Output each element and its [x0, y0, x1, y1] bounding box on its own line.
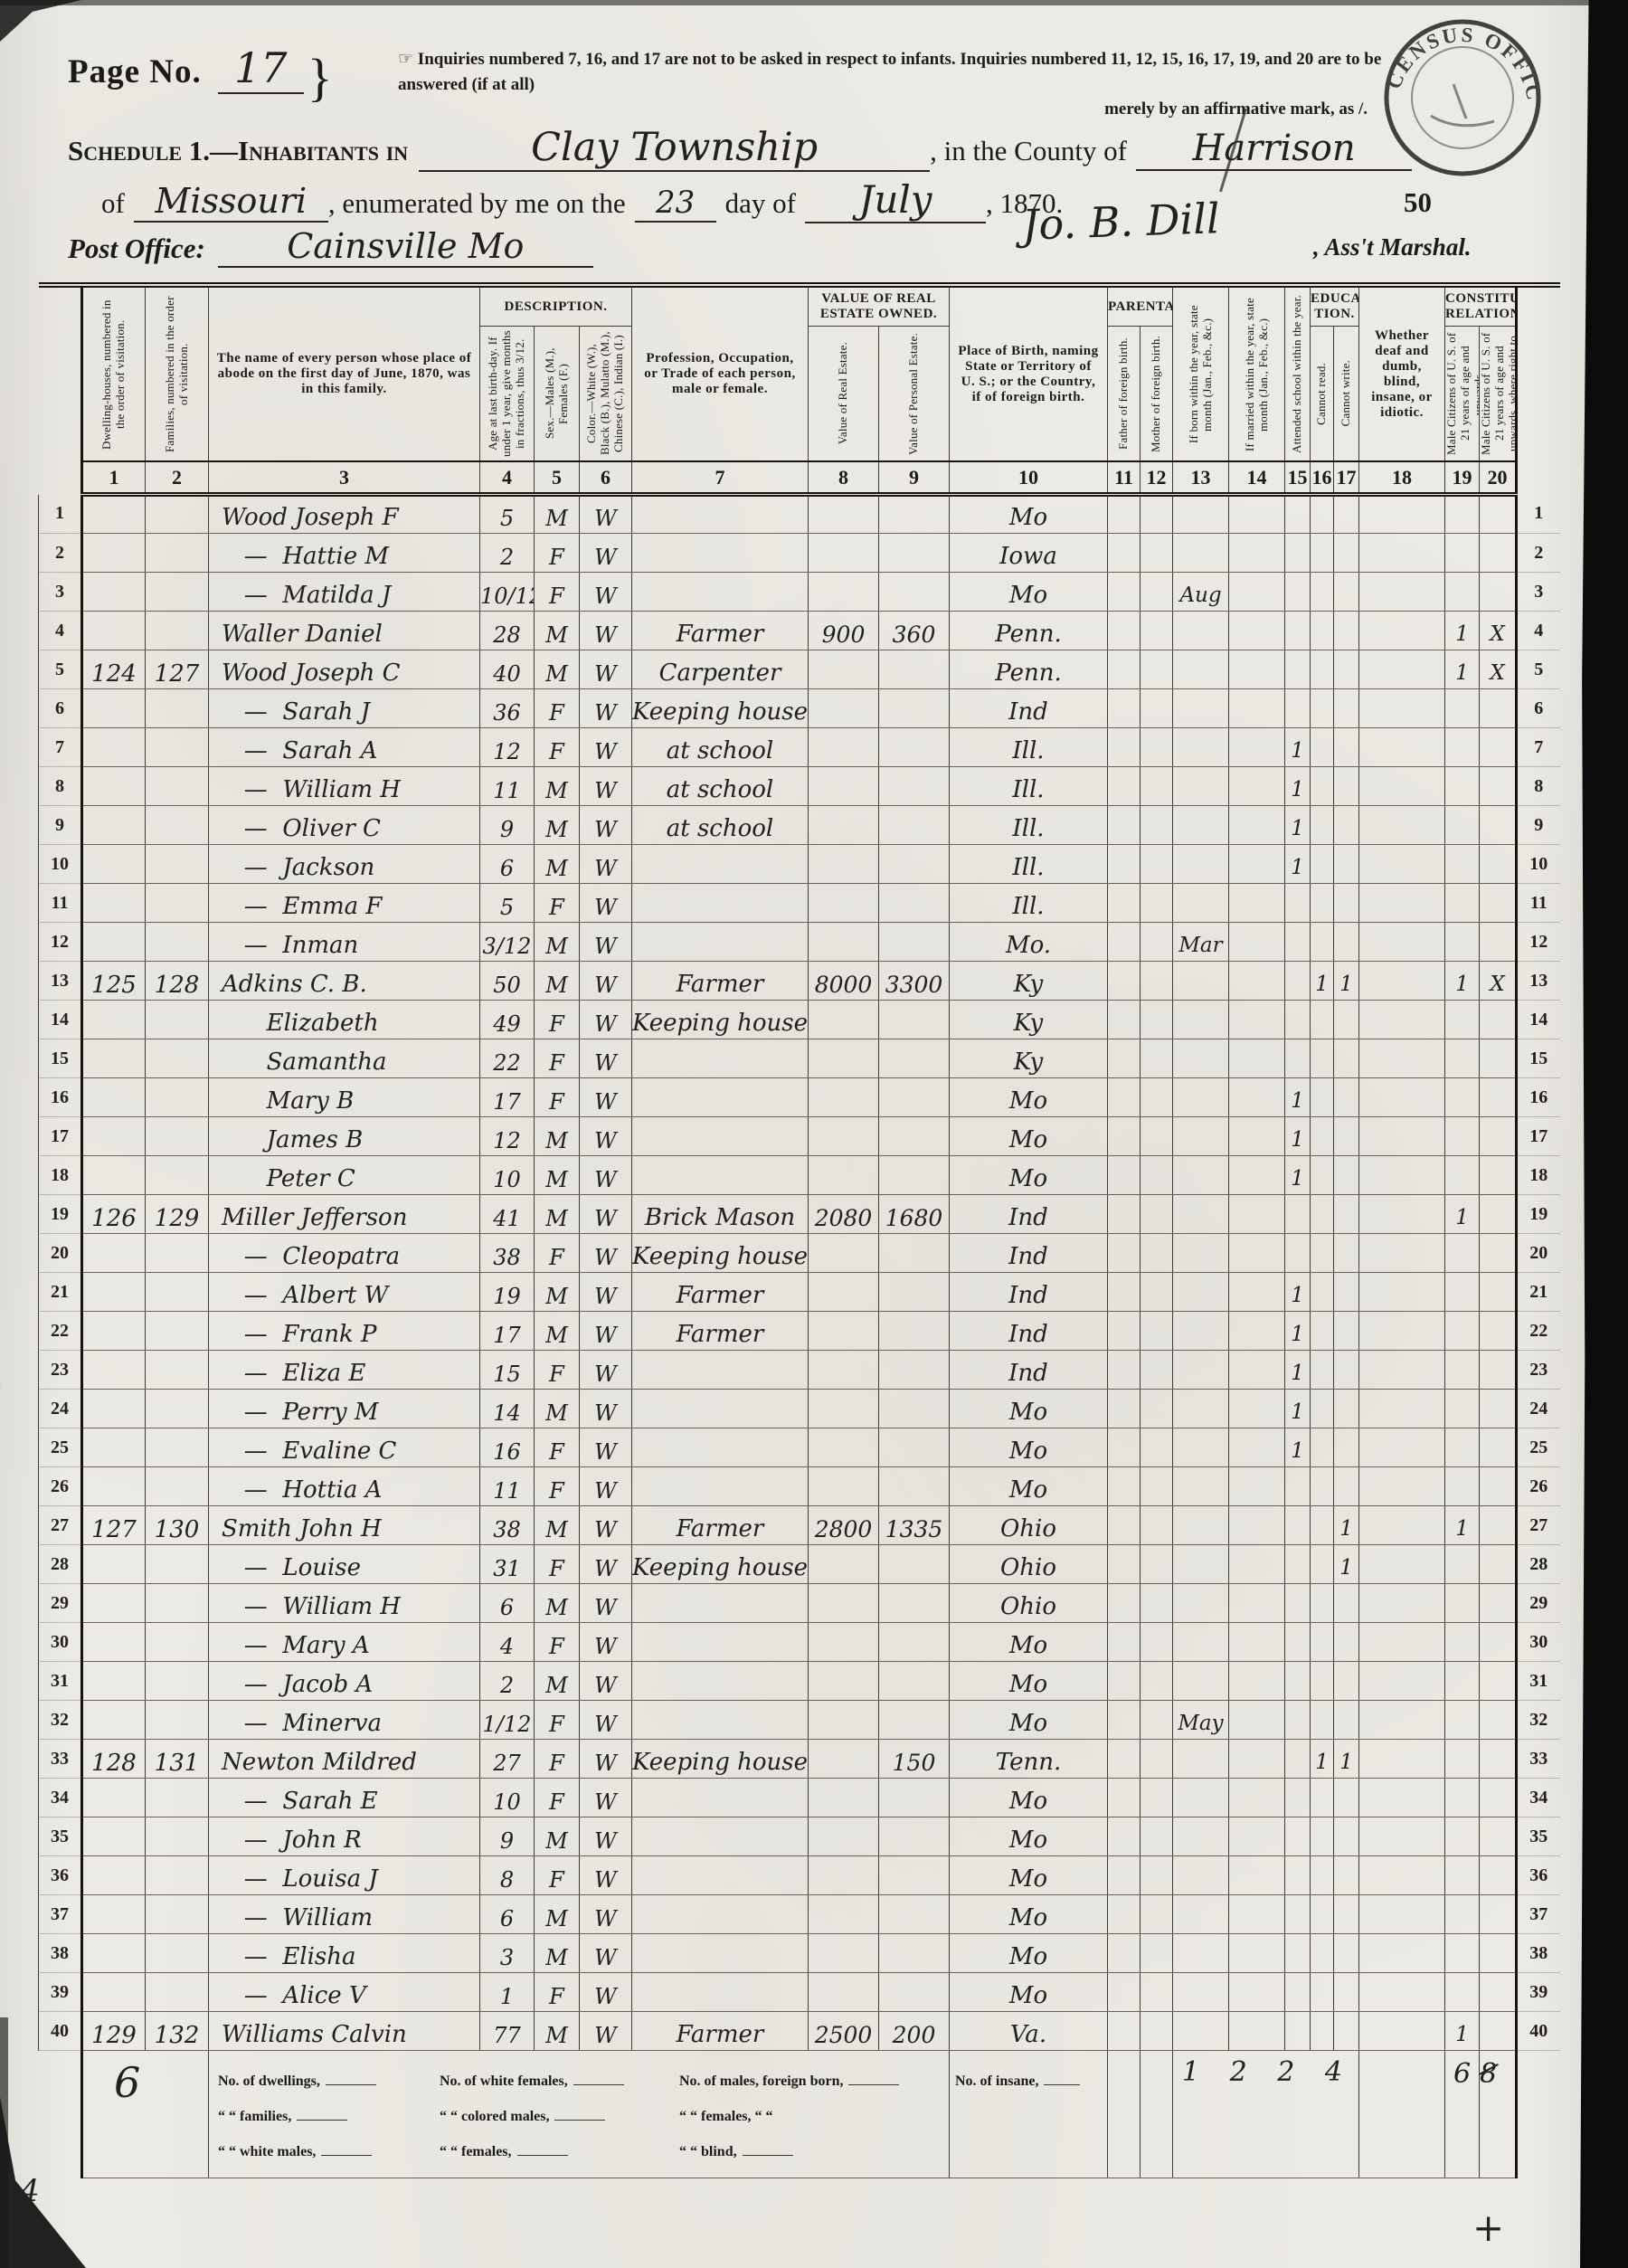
cell-birth: Mo: [950, 1934, 1108, 1973]
cell-c13: [1173, 962, 1229, 1001]
cell-rn: 35: [1517, 1817, 1560, 1856]
cell-rn: 19: [1517, 1195, 1560, 1234]
table-row: 32 — Minerva1/12FWMoMay32: [39, 1701, 1560, 1740]
cell-c14: [1229, 806, 1285, 845]
table-row: 11 — Emma F5FWIll.11: [39, 884, 1560, 923]
cell-c17: [1334, 2012, 1359, 2051]
summary-label: “ “ blind,: [679, 2144, 737, 2159]
cell-pe: [879, 1856, 950, 1895]
cell-rn: 5: [1517, 650, 1560, 689]
cell-occ: Keeping house: [632, 689, 809, 728]
cell-fam: [146, 767, 209, 806]
cell-c18: [1359, 1623, 1445, 1662]
cell-c18: [1359, 612, 1445, 650]
cell-color: W: [580, 2012, 632, 2051]
cell-c20: [1480, 1895, 1517, 1934]
cell-c20: [1480, 1312, 1517, 1351]
cell-c15: 1: [1285, 806, 1311, 845]
cut-off-margin-digit: 9: [0, 791, 14, 813]
cell-ln: 7: [39, 728, 82, 767]
column-number: 5: [535, 461, 580, 495]
cell-fam: [146, 1078, 209, 1117]
cell-re: [809, 1234, 879, 1273]
cell-c17: [1334, 1312, 1359, 1351]
cell-c15: [1285, 1895, 1311, 1934]
blank-line: [297, 2107, 347, 2121]
cell-c17: [1334, 495, 1359, 534]
cell-color: W: [580, 728, 632, 767]
cell-c18: [1359, 1662, 1445, 1701]
cell-c12: [1141, 845, 1173, 884]
cell-c18: [1359, 1234, 1445, 1273]
cell-fam: [146, 1039, 209, 1078]
cell-c11: [1108, 1779, 1141, 1817]
cell-c15: 1: [1285, 1078, 1311, 1117]
age-header-text: Age at last birth-day. If under 1 year, …: [487, 330, 527, 457]
state-field: Missouri: [134, 181, 328, 223]
cell-c20: [1480, 728, 1517, 767]
scan-edge-top: [0, 0, 1628, 5]
cell-birth: Tenn.: [950, 1740, 1108, 1779]
cell-c20: [1480, 884, 1517, 923]
cell-pe: 150: [879, 1740, 950, 1779]
cell-ln: 10: [39, 845, 82, 884]
cell-sex: F: [535, 1545, 580, 1584]
cell-c18: [1359, 923, 1445, 962]
cell-fam: [146, 1973, 209, 2012]
cell-c12: [1141, 534, 1173, 573]
cell-occ: [632, 495, 809, 534]
cell-c11: [1108, 612, 1141, 650]
cell-color: W: [580, 1234, 632, 1273]
cell-age: 6: [480, 1895, 535, 1934]
cell-occ: [632, 1078, 809, 1117]
cell-c17: [1334, 1039, 1359, 1078]
cell-c11: [1108, 1312, 1141, 1351]
cell-c17: 1: [1334, 962, 1359, 1001]
cell-c17: [1334, 1195, 1359, 1234]
cell-pe: [879, 884, 950, 923]
cell-occ: [632, 1156, 809, 1195]
cell-c14: [1229, 1662, 1285, 1701]
cell-c16: [1311, 1817, 1334, 1856]
cell-fam: [146, 1467, 209, 1506]
cell-color: W: [580, 1351, 632, 1390]
cell-c15: [1285, 923, 1311, 962]
cell-c16: [1311, 1001, 1334, 1039]
cell-c12: [1141, 1156, 1173, 1195]
cut-off-margin-digit: 0: [0, 1219, 14, 1241]
census-office-stamp: CENSUS OFFICE: [1368, 7, 1557, 197]
col-dwellings-header: Dwelling-houses, numbered in the order o…: [82, 285, 146, 461]
cell-c18: [1359, 1701, 1445, 1740]
cell-c13: [1173, 1934, 1229, 1973]
cell-c18: [1359, 1428, 1445, 1467]
cell-c16: [1311, 1078, 1334, 1117]
cell-c18: [1359, 650, 1445, 689]
cell-birth: Ind: [950, 1351, 1108, 1390]
cell-c11: [1108, 1156, 1141, 1195]
footer-tally-cell: 1 2 2 4: [1173, 2051, 1359, 2178]
column-number: 6: [580, 461, 632, 495]
cell-c18: [1359, 534, 1445, 573]
cell-color: W: [580, 1934, 632, 1973]
cell-pe: [879, 1312, 950, 1351]
cell-c18: [1359, 1156, 1445, 1195]
cell-pe: [879, 1428, 950, 1467]
cell-fam: [146, 1662, 209, 1701]
cell-re: [809, 806, 879, 845]
cell-dw: [82, 1039, 146, 1078]
cell-rn: 10: [1517, 845, 1560, 884]
table-row: 34 — Sarah E10FWMo34: [39, 1779, 1560, 1817]
summary-label: “ “ families,: [218, 2109, 291, 2124]
cell-c16: [1311, 884, 1334, 923]
cell-c14: [1229, 1312, 1285, 1351]
cell-age: 8: [480, 1856, 535, 1895]
cell-c14: [1229, 1001, 1285, 1039]
cell-color: W: [580, 1195, 632, 1234]
cell-c15: [1285, 962, 1311, 1001]
cell-age: 22: [480, 1039, 535, 1078]
father-foreign-header-text: Father of foreign birth.: [1117, 337, 1131, 450]
cell-dw: [82, 1623, 146, 1662]
cell-c20: [1480, 1234, 1517, 1273]
cell-fam: [146, 1001, 209, 1039]
cell-age: 10/12: [480, 573, 535, 612]
cell-c17: [1334, 689, 1359, 728]
cell-c11: [1108, 1856, 1141, 1895]
cell-birth: Ill.: [950, 884, 1108, 923]
cell-c11: [1108, 767, 1141, 806]
cell-birth: Iowa: [950, 534, 1108, 573]
cell-sex: M: [535, 1934, 580, 1973]
cell-rn: 29: [1517, 1584, 1560, 1623]
footer-summary-col-b: No. of white females, “ “ colored males,…: [440, 2064, 624, 2170]
cut-off-margin-digit: 4: [0, 985, 14, 1008]
cell-c16: [1311, 1779, 1334, 1817]
note-text-1: Inquiries numbered 7, 16, and 17 are not…: [398, 50, 1381, 94]
cell-c15: [1285, 1817, 1311, 1856]
cell-re: [809, 1779, 879, 1817]
cell-rn: 26: [1517, 1467, 1560, 1506]
cell-ln: 37: [39, 1895, 82, 1934]
cell-c16: [1311, 612, 1334, 650]
cell-dw: 126: [82, 1195, 146, 1234]
cell-c20: [1480, 1740, 1517, 1779]
bottom-right-plus-mark: +: [1472, 2206, 1504, 2250]
cell-name: — Matilda J: [209, 573, 480, 612]
cell-pe: [879, 1934, 950, 1973]
parentage-group-header: PARENTAGE.: [1108, 285, 1173, 327]
sex-header-text: Sex.—Males (M.), Females (F.): [544, 330, 571, 457]
cell-c15: 1: [1285, 1428, 1311, 1467]
cell-fam: [146, 1934, 209, 1973]
cell-age: 3: [480, 1934, 535, 1973]
table-row: 29 — William H6MWOhio29: [39, 1584, 1560, 1623]
cell-occ: [632, 1039, 809, 1078]
table-row: 28 — Louise31FWKeeping houseOhio128: [39, 1545, 1560, 1584]
cell-c14: [1229, 689, 1285, 728]
cell-age: 10: [480, 1779, 535, 1817]
cell-sex: M: [535, 1506, 580, 1545]
cell-birth: Mo: [950, 1973, 1108, 2012]
cell-dw: [82, 923, 146, 962]
cell-age: 2: [480, 1662, 535, 1701]
cell-ln: 9: [39, 806, 82, 845]
cell-pe: [879, 1001, 950, 1039]
cell-c16: [1311, 1895, 1334, 1934]
cell-c18: [1359, 806, 1445, 845]
cell-occ: Farmer: [632, 962, 809, 1001]
cell-ln: 36: [39, 1856, 82, 1895]
cell-c18: [1359, 1817, 1445, 1856]
cell-color: W: [580, 1312, 632, 1351]
cell-rn: 39: [1517, 1973, 1560, 2012]
cell-rn: 1: [1517, 495, 1560, 534]
cell-c17: [1334, 767, 1359, 806]
cell-pe: [879, 1351, 950, 1390]
cell-re: [809, 1428, 879, 1467]
cell-c13: [1173, 1195, 1229, 1234]
cell-c18: [1359, 1740, 1445, 1779]
blank-line: [573, 2072, 624, 2085]
cell-rn: 25: [1517, 1428, 1560, 1467]
cell-c17: [1334, 884, 1359, 923]
day-field: 23: [635, 185, 716, 223]
cell-name: — Sarah E: [209, 1779, 480, 1817]
cell-name: — Louise: [209, 1545, 480, 1584]
cell-ln: 22: [39, 1312, 82, 1351]
column-number: 12: [1141, 461, 1173, 495]
cell-c20: X: [1480, 962, 1517, 1001]
cell-fam: [146, 1117, 209, 1156]
cell-age: 19: [480, 1273, 535, 1312]
cell-c19: [1445, 1467, 1480, 1506]
cell-pe: [879, 1156, 950, 1195]
cell-c19: [1445, 1156, 1480, 1195]
cell-color: W: [580, 1817, 632, 1856]
cell-c20: [1480, 1078, 1517, 1117]
cell-pe: [879, 1390, 950, 1428]
cell-c14: [1229, 1467, 1285, 1506]
cell-c20: [1480, 1195, 1517, 1234]
cell-c16: [1311, 495, 1334, 534]
cell-name: — Frank P: [209, 1312, 480, 1351]
cell-fam: [146, 845, 209, 884]
cell-c19: [1445, 1273, 1480, 1312]
cell-c16: [1311, 1351, 1334, 1390]
cell-c15: 1: [1285, 728, 1311, 767]
value-group-header: VALUE OF REAL ESTATE OWNED.: [809, 285, 950, 327]
cell-ln: 5: [39, 650, 82, 689]
cell-c13: [1173, 767, 1229, 806]
cell-c12: [1141, 923, 1173, 962]
cell-c12: [1141, 1584, 1173, 1623]
cell-c13: Aug: [1173, 573, 1229, 612]
cell-c17: [1334, 573, 1359, 612]
cell-c19: [1445, 1001, 1480, 1039]
cell-c11: [1108, 728, 1141, 767]
instruction-note-line1: ☞ Inquiries numbered 7, 16, and 17 are n…: [398, 47, 1402, 97]
marshal-signature: Jo. B. Dill: [1021, 194, 1220, 250]
cell-c18: [1359, 1195, 1445, 1234]
cell-name: — Evaline C: [209, 1428, 480, 1467]
cell-color: W: [580, 1001, 632, 1039]
cell-re: [809, 1039, 879, 1078]
cell-c13: [1173, 1078, 1229, 1117]
cell-c18: [1359, 1117, 1445, 1156]
cell-c16: [1311, 1156, 1334, 1195]
cell-c15: [1285, 1740, 1311, 1779]
description-group-header: DESCRIPTION.: [480, 285, 632, 327]
cell-c18: [1359, 728, 1445, 767]
census-rows: 1Wood Joseph F5MWMo12 — Hattie M2FWIowa2…: [39, 495, 1560, 2051]
cell-c20: [1480, 1973, 1517, 2012]
cell-c15: 1: [1285, 1273, 1311, 1312]
column-number: 1: [82, 461, 146, 495]
cell-sex: M: [535, 1390, 580, 1428]
cell-c15: [1285, 884, 1311, 923]
cell-color: W: [580, 1467, 632, 1506]
table-header: Dwelling-houses, numbered in the order o…: [39, 285, 1560, 495]
cell-c14: [1229, 962, 1285, 1001]
cell-dw: [82, 1156, 146, 1195]
cell-c15: 1: [1285, 1312, 1311, 1351]
cell-fam: [146, 1701, 209, 1740]
table-row: 33128131Newton Mildred27FWKeeping house1…: [39, 1740, 1560, 1779]
cut-off-margin-digit: 0: [0, 830, 14, 852]
cell-pe: 360: [879, 612, 950, 650]
cell-c12: [1141, 1390, 1173, 1428]
pointing-hand-icon: ☞: [398, 49, 413, 69]
cell-name: Williams Calvin: [209, 2012, 480, 2051]
col-school-header: Attended school within the year.: [1285, 285, 1311, 461]
blank-line: [743, 2142, 793, 2156]
education-group-header: EDUCA- TION.: [1311, 285, 1359, 327]
table-row: 25 — Evaline C16FWMo125: [39, 1428, 1560, 1467]
cell-c11: [1108, 1934, 1141, 1973]
cannot-read-header-text: Cannot read.: [1315, 363, 1329, 425]
cell-c15: [1285, 573, 1311, 612]
cell-c16: [1311, 1117, 1334, 1156]
cell-c16: [1311, 1390, 1334, 1428]
cell-c19: [1445, 1584, 1480, 1623]
cell-occ: [632, 1584, 809, 1623]
cell-c16: 1: [1311, 1740, 1334, 1779]
footer-empty-cell: [1108, 2051, 1141, 2178]
cell-c14: [1229, 1779, 1285, 1817]
cell-age: 17: [480, 1312, 535, 1351]
scan-edge-right: [1580, 0, 1628, 2268]
col-father-foreign-header: Father of foreign birth.: [1108, 327, 1141, 462]
cell-name: — Hottia A: [209, 1467, 480, 1506]
cell-dw: [82, 495, 146, 534]
cell-sex: F: [535, 534, 580, 573]
cell-sex: M: [535, 1312, 580, 1351]
cell-color: W: [580, 1662, 632, 1701]
cell-color: W: [580, 845, 632, 884]
cell-c17: [1334, 1895, 1359, 1934]
cell-pe: [879, 1584, 950, 1623]
cell-sex: M: [535, 612, 580, 650]
cell-ln: 19: [39, 1195, 82, 1234]
cell-c20: [1480, 1662, 1517, 1701]
cell-occ: Farmer: [632, 1312, 809, 1351]
cell-sex: M: [535, 1895, 580, 1934]
cell-c17: [1334, 612, 1359, 650]
cell-occ: [632, 884, 809, 923]
cell-re: [809, 573, 879, 612]
cell-c16: [1311, 1623, 1334, 1662]
cell-c12: [1141, 689, 1173, 728]
cell-occ: Keeping house: [632, 1001, 809, 1039]
cell-fam: 131: [146, 1740, 209, 1779]
cell-pe: [879, 1895, 950, 1934]
cell-birth: Mo: [950, 1817, 1108, 1856]
cell-c14: [1229, 534, 1285, 573]
cell-color: W: [580, 1584, 632, 1623]
summary-label: “ “ white males,: [218, 2144, 316, 2159]
cell-c14: [1229, 1973, 1285, 2012]
column-number: 19: [1445, 461, 1480, 495]
cell-c14: [1229, 495, 1285, 534]
color-header-text: Color.—White (W.), Black (B.), Mulatto (…: [585, 330, 626, 457]
cut-off-margin-digit: 1: [0, 868, 14, 891]
cell-re: [809, 728, 879, 767]
cell-c12: [1141, 1428, 1173, 1467]
cell-occ: Brick Mason: [632, 1195, 809, 1234]
cell-c16: [1311, 728, 1334, 767]
cell-birth: Ill.: [950, 728, 1108, 767]
cell-age: 49: [480, 1001, 535, 1039]
cell-c11: [1108, 650, 1141, 689]
cell-name: — William: [209, 1895, 480, 1934]
cell-fam: 128: [146, 962, 209, 1001]
cell-c17: [1334, 1934, 1359, 1973]
table-row: 24 — Perry M14MWMo124: [39, 1390, 1560, 1428]
scan-corner-top-left: [0, 0, 81, 42]
cell-c14: [1229, 1895, 1285, 1934]
cell-color: W: [580, 1856, 632, 1895]
cell-dw: [82, 1273, 146, 1312]
cell-c14: [1229, 1817, 1285, 1856]
cell-re: [809, 1273, 879, 1312]
cell-birth: Ohio: [950, 1545, 1108, 1584]
cell-fam: [146, 1428, 209, 1467]
cell-c12: [1141, 1001, 1173, 1039]
cell-name: — Eliza E: [209, 1351, 480, 1390]
summary-label: No. of dwellings,: [218, 2073, 320, 2089]
cell-name: — Hattie M: [209, 534, 480, 573]
cell-sex: F: [535, 1973, 580, 2012]
cell-pe: [879, 1545, 950, 1584]
cell-color: W: [580, 1506, 632, 1545]
cell-c11: [1108, 1701, 1141, 1740]
cell-ln: 29: [39, 1584, 82, 1623]
cell-c12: [1141, 1234, 1173, 1273]
cell-birth: Mo: [950, 1467, 1108, 1506]
row-number-spacer: [1517, 461, 1560, 495]
cell-sex: M: [535, 1117, 580, 1156]
cell-c14: [1229, 923, 1285, 962]
cell-occ: [632, 1779, 809, 1817]
cell-age: 17: [480, 1078, 535, 1117]
cell-ln: 13: [39, 962, 82, 1001]
cell-c15: [1285, 2012, 1311, 2051]
table-row: 31 — Jacob A2MWMo31: [39, 1662, 1560, 1701]
cell-age: 12: [480, 1117, 535, 1156]
